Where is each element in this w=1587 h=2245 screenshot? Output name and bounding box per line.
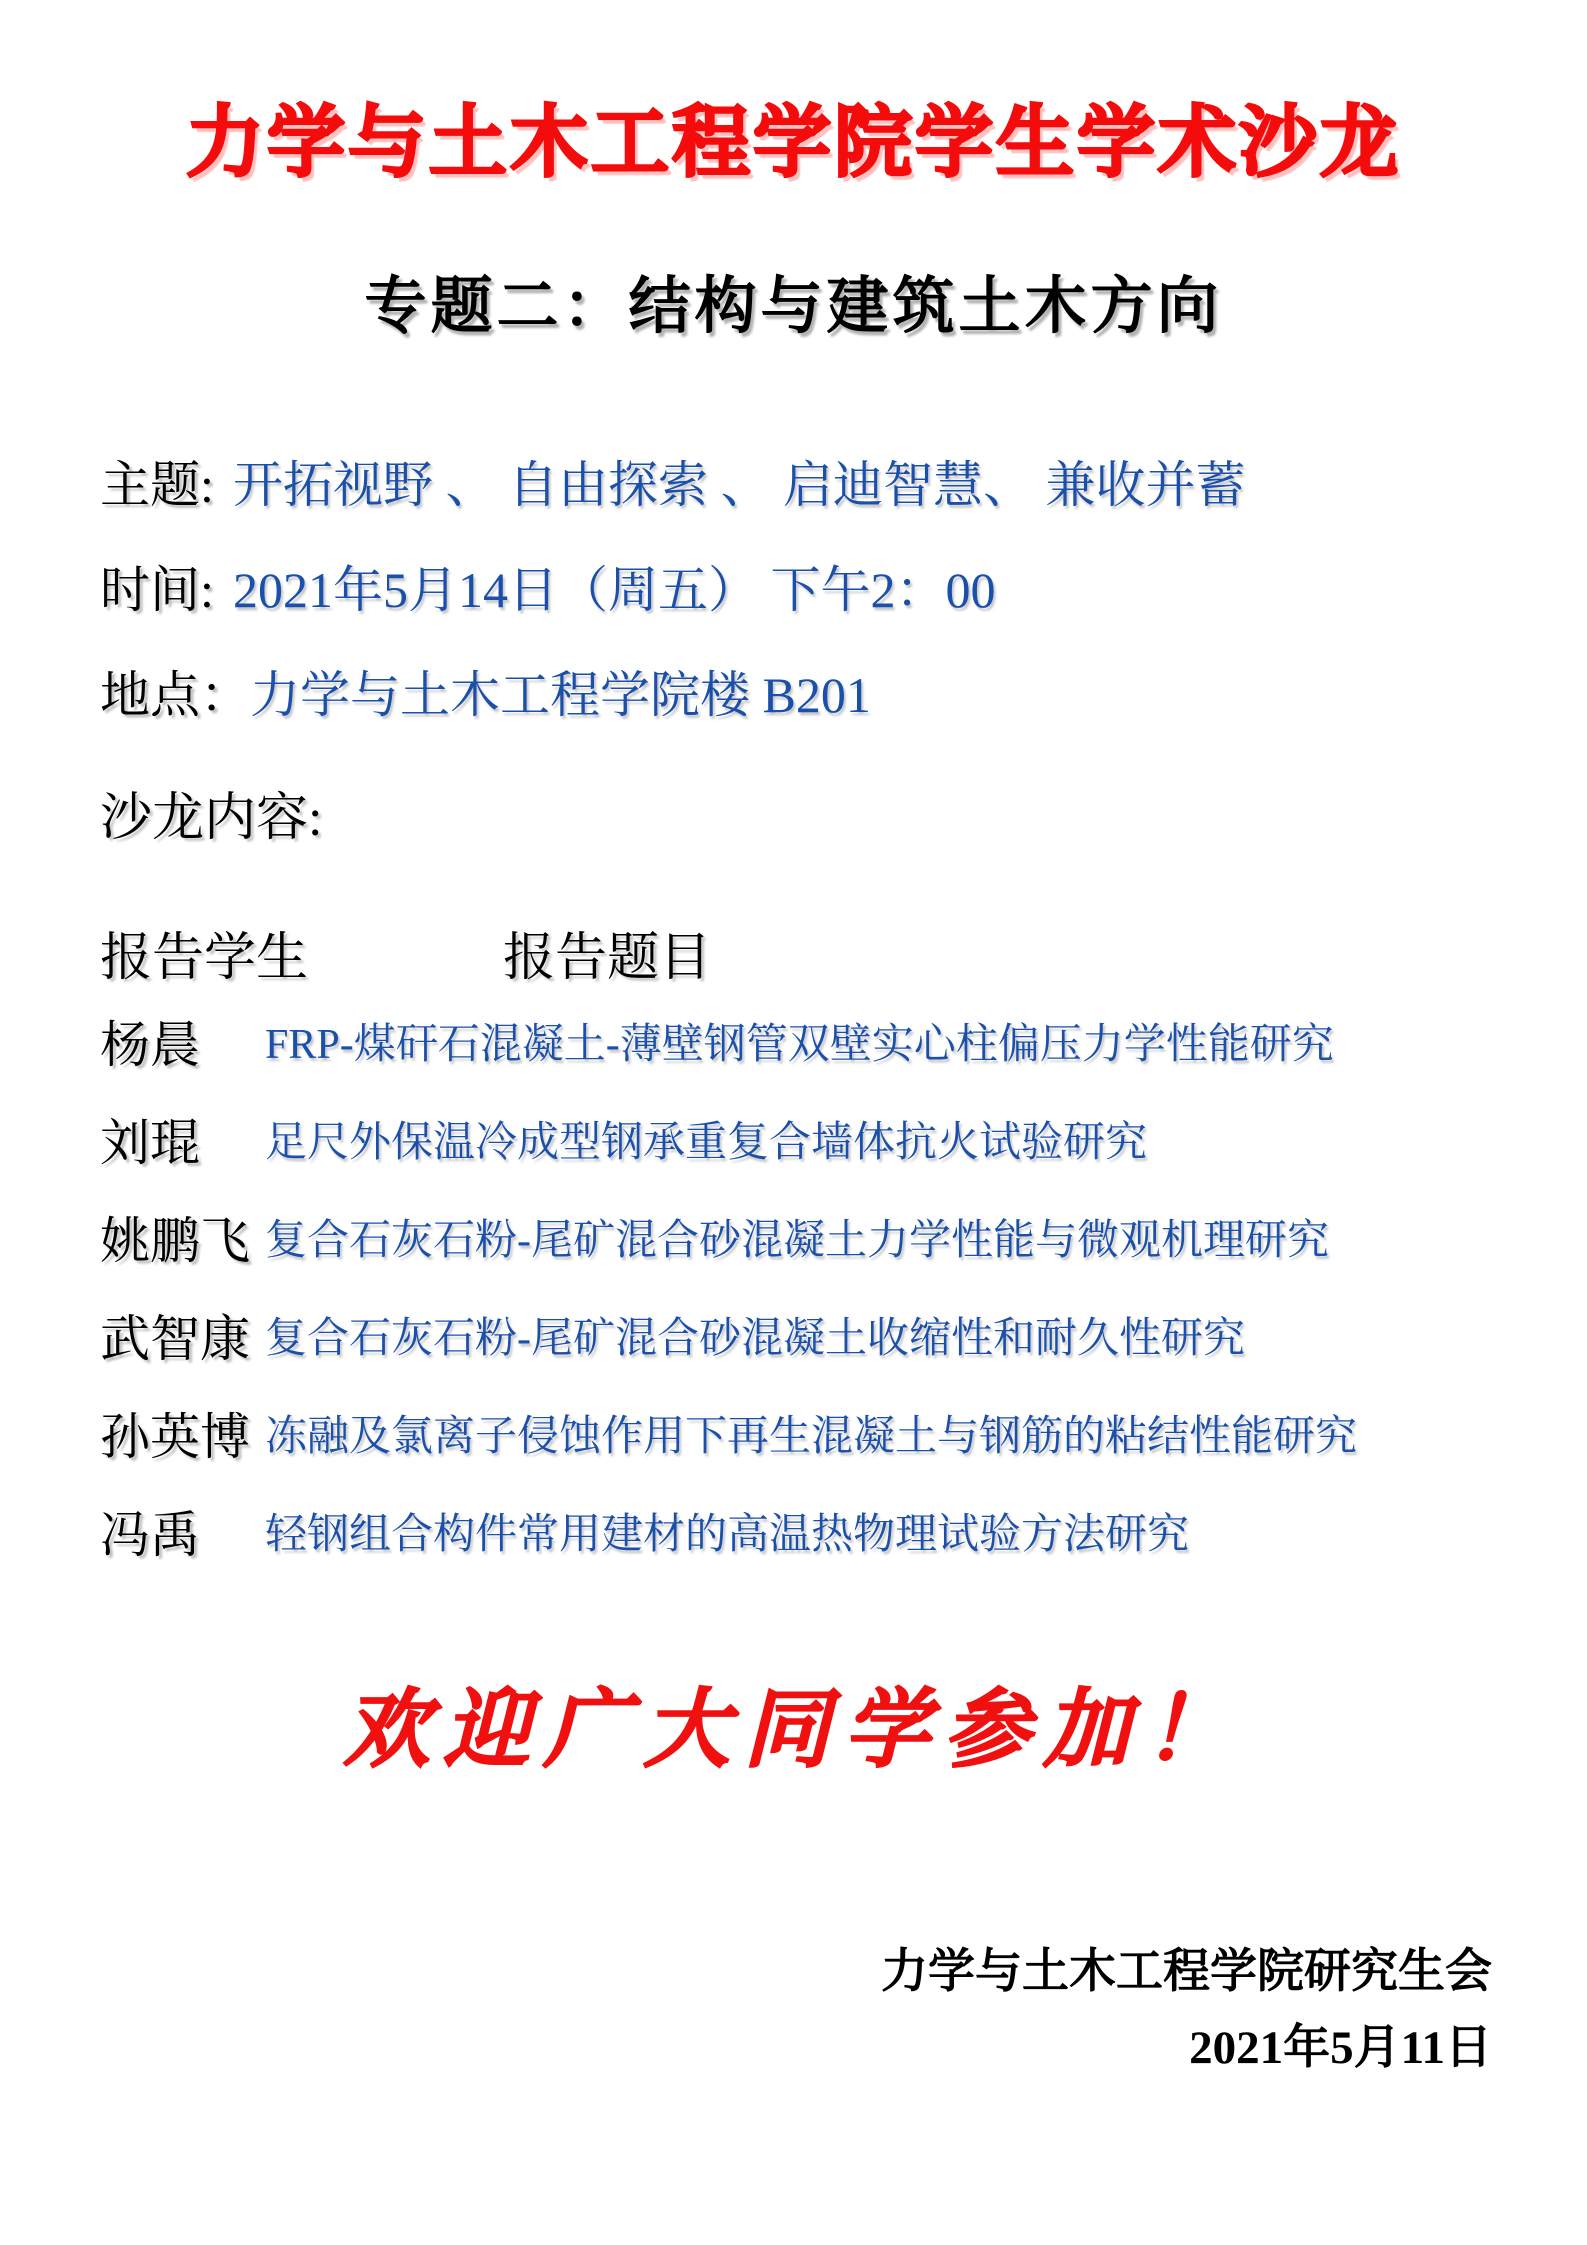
- table-row: 杨晨 FRP-煤矸石混凝土-薄壁钢管双壁实心柱偏压力学性能研究: [100, 992, 1587, 1090]
- table-row: 刘琨 足尺外保温冷成型钢承重复合墙体抗火试验研究: [100, 1090, 1587, 1188]
- report-topic: 复合石灰石粉-尾矿混合砂混凝土力学性能与微观机理研究: [265, 1207, 1329, 1267]
- column-header-student: 报告学生: [100, 915, 308, 977]
- table-row: 武智康 复合石灰石粉-尾矿混合砂混凝土收缩性和耐久性研究: [100, 1286, 1587, 1384]
- poster-page: 力学与土木工程学院学生学术沙龙 专题二：结构与建筑土木方向 主题: 开拓视野 、…: [0, 0, 1587, 2245]
- report-rows: 杨晨 FRP-煤矸石混凝土-薄壁钢管双壁实心柱偏压力学性能研究 刘琨 足尺外保温…: [100, 992, 1587, 1580]
- salon-content-label: 沙龙内容:: [100, 775, 1587, 835]
- report-topic: FRP-煤矸石混凝土-薄壁钢管双壁实心柱偏压力学性能研究: [265, 1011, 1334, 1071]
- page-title: 力学与土木工程学院学生学术沙龙: [40, 88, 1547, 198]
- page-subtitle: 专题二：结构与建筑土木方向: [0, 256, 1587, 345]
- info-line-topic: 主题: 开拓视野 、 自由探索 、 启迪智慧、 兼收并蓄: [100, 445, 1587, 505]
- venue-value: 力学与土木工程学院楼 B201: [250, 655, 871, 727]
- student-name: 姚鹏飞: [100, 1201, 265, 1273]
- info-line-venue: 地点： 力学与土木工程学院楼 B201: [100, 655, 1587, 715]
- organizer-name: 力学与土木工程学院研究生会: [0, 1934, 1492, 2010]
- signature-block: 力学与土木工程学院研究生会 2021年5月11日: [0, 1934, 1587, 2086]
- time-value: 2021年5月14日（周五） 下午2：00: [233, 550, 996, 622]
- student-name: 武智康: [100, 1299, 265, 1371]
- event-info: 主题: 开拓视野 、 自由探索 、 启迪智慧、 兼收并蓄 时间: 2021年5月…: [100, 445, 1587, 715]
- table-row: 孙英博 冻融及氯离子侵蚀作用下再生混凝土与钢筋的粘结性能研究: [100, 1384, 1587, 1482]
- student-name: 杨晨: [100, 1005, 265, 1077]
- report-topic: 轻钢组合构件常用建材的高温热物理试验方法研究: [265, 1501, 1189, 1561]
- table-row: 冯禹 轻钢组合构件常用建材的高温热物理试验方法研究: [100, 1482, 1587, 1580]
- report-topic: 复合石灰石粉-尾矿混合砂混凝土收缩性和耐久性研究: [265, 1305, 1245, 1365]
- column-header-topic: 报告题目: [503, 915, 711, 977]
- student-name: 孙英博: [100, 1397, 265, 1469]
- report-table-header: 报告学生 报告题目: [100, 915, 1587, 977]
- time-label: 时间:: [100, 550, 233, 622]
- table-row: 姚鹏飞 复合石灰石粉-尾矿混合砂混凝土力学性能与微观机理研究: [100, 1188, 1587, 1286]
- welcome-message: 欢迎广大同学参加！: [0, 1660, 1587, 1784]
- issue-date: 2021年5月11日: [0, 2010, 1492, 2086]
- topic-label: 主题:: [100, 445, 233, 517]
- topic-value: 开拓视野 、 自由探索 、 启迪智慧、 兼收并蓄: [233, 445, 1246, 517]
- student-name: 刘琨: [100, 1103, 265, 1175]
- report-topic: 足尺外保温冷成型钢承重复合墙体抗火试验研究: [265, 1109, 1147, 1169]
- student-name: 冯禹: [100, 1495, 265, 1567]
- venue-label: 地点：: [100, 655, 250, 727]
- info-line-time: 时间: 2021年5月14日（周五） 下午2：00: [100, 550, 1587, 610]
- report-topic: 冻融及氯离子侵蚀作用下再生混凝土与钢筋的粘结性能研究: [265, 1403, 1357, 1463]
